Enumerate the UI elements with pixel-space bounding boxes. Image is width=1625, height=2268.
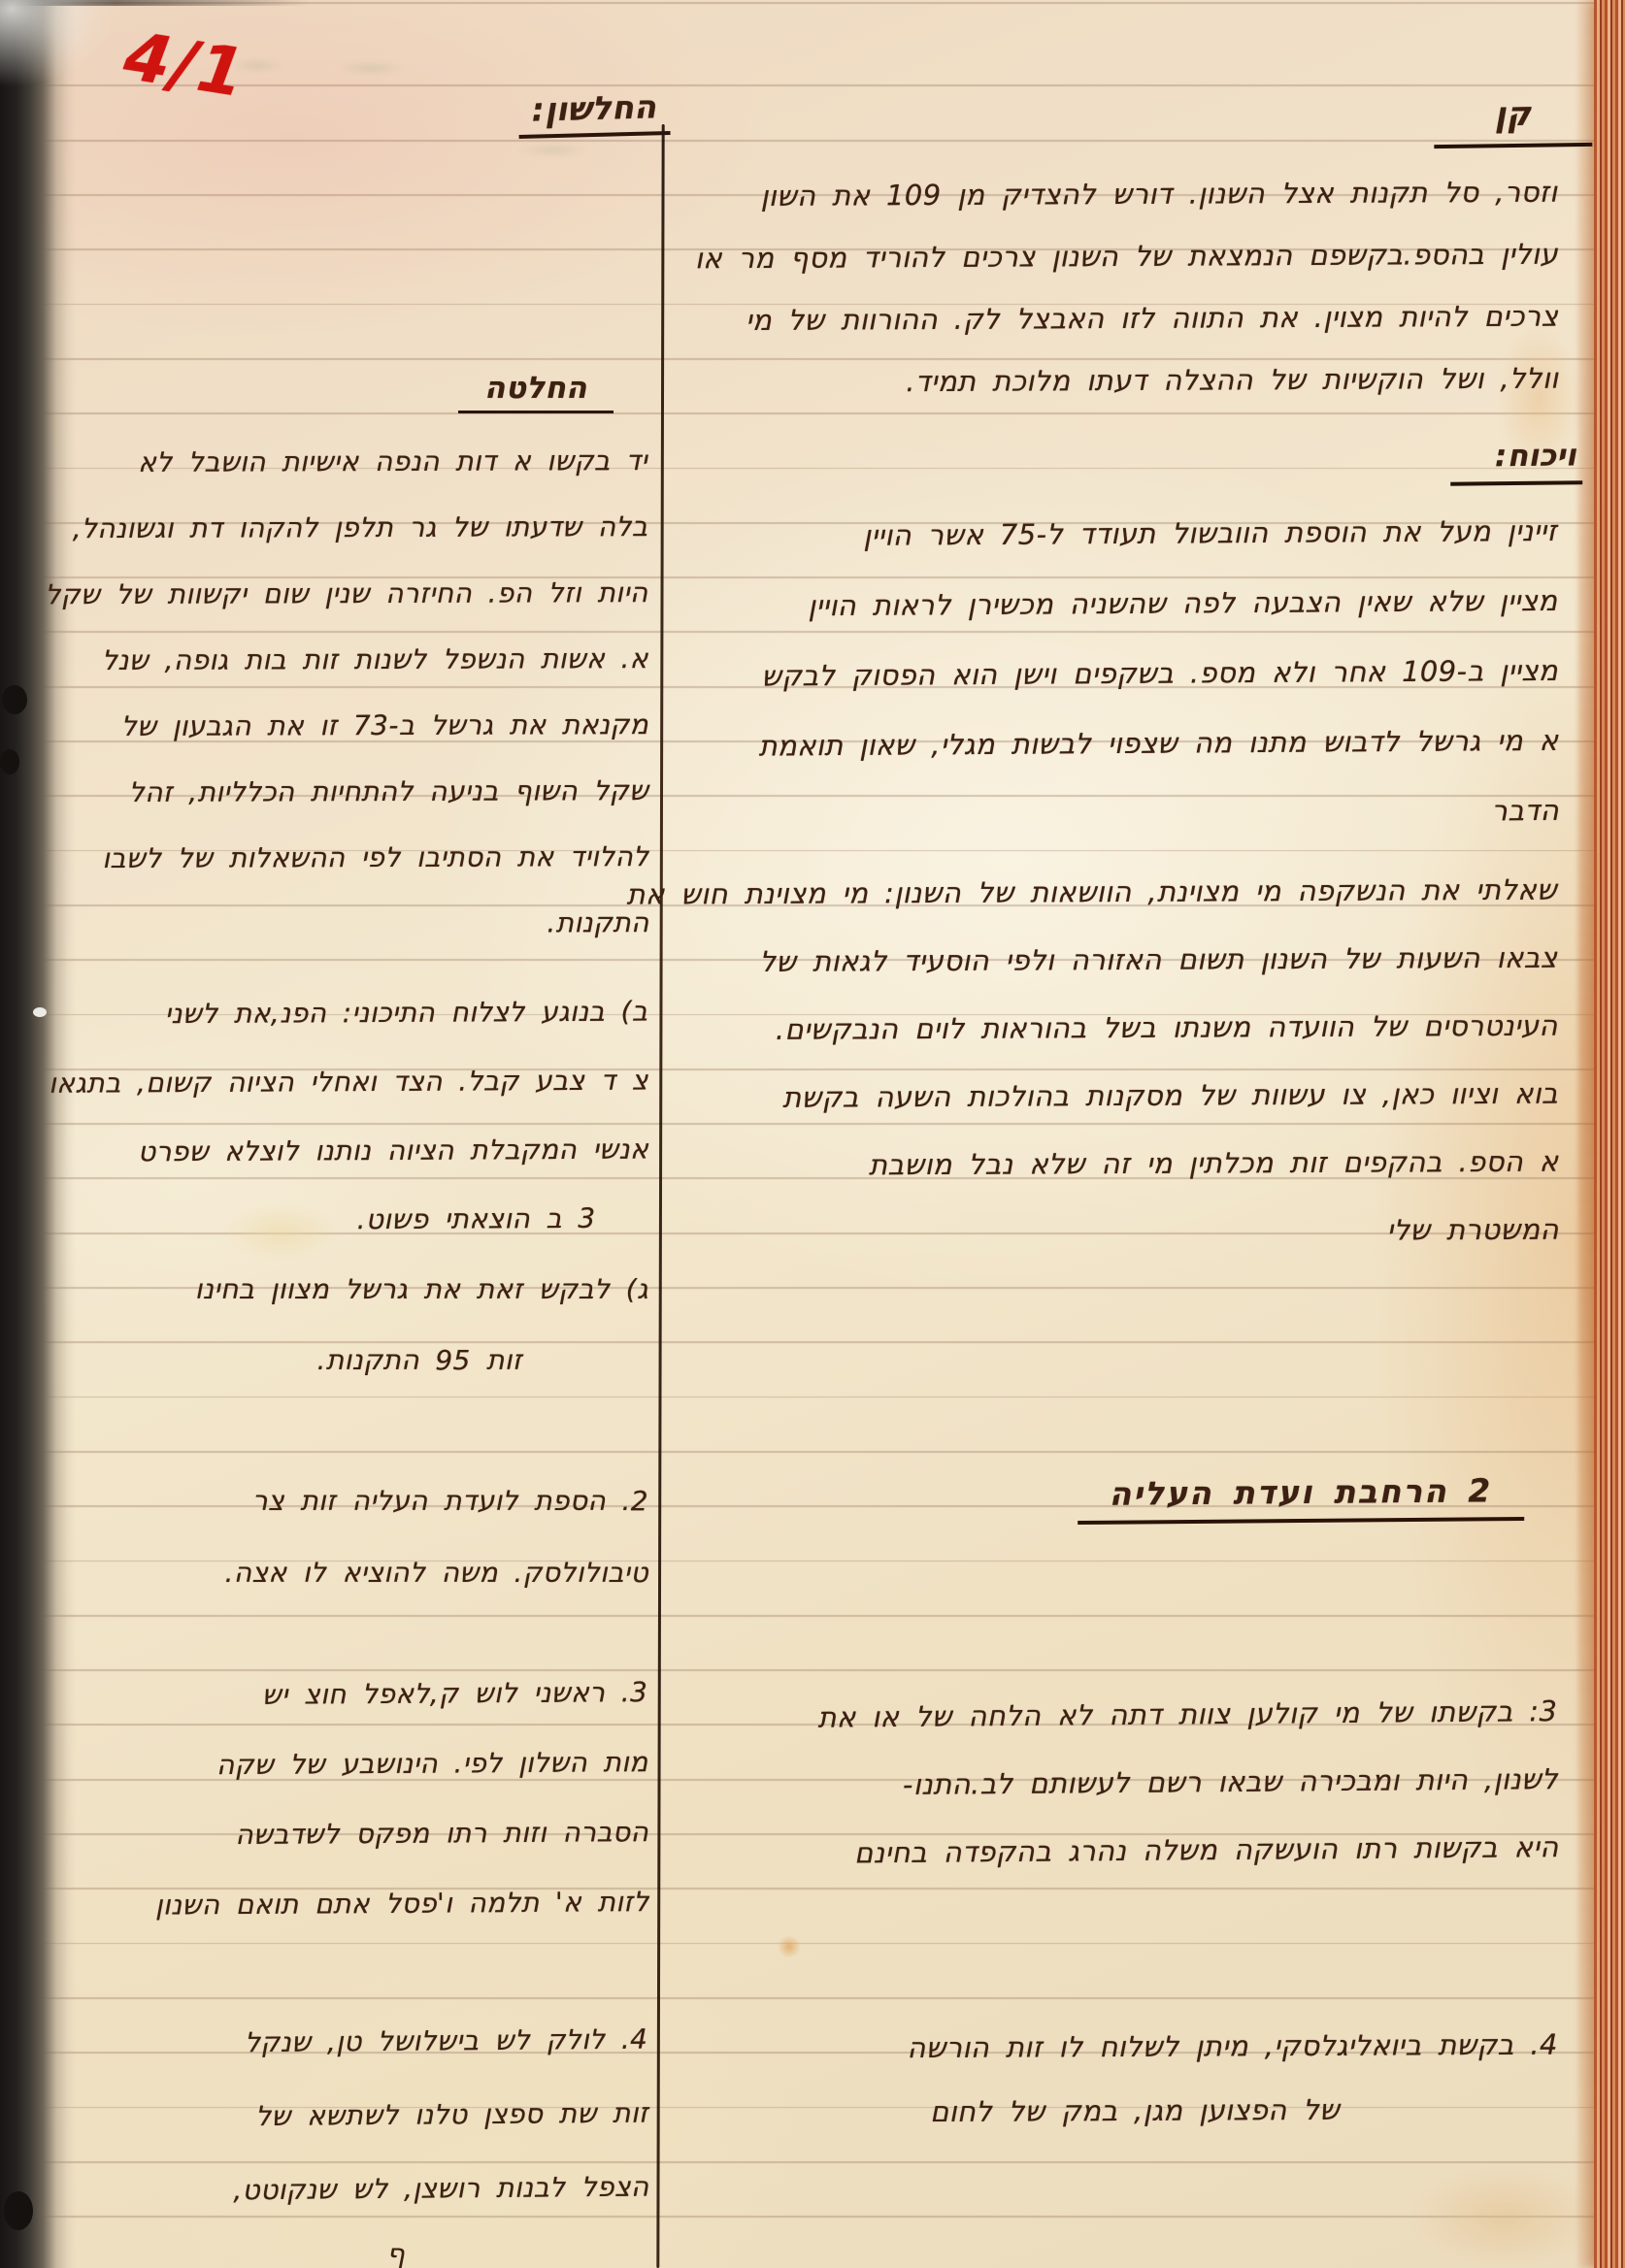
- decision-header: החלטה: [458, 371, 614, 413]
- handwritten-line: התקנות.: [110, 890, 649, 958]
- ink-blob: [0, 749, 19, 774]
- handwritten-line: יד בקשו א דות הנפה אישיות הושבל לא: [108, 428, 647, 496]
- handwritten-line: צרכים להיות מצוין. את התווה לזו האבצל לק…: [680, 285, 1558, 352]
- left-item-b: ב) בנוגע לצלוח התיכוני: הפנ,את לשניצ ד צ…: [108, 977, 648, 1256]
- handwritten-line: אנשי המקבלת הציוה נותנו לוצלא שפרט: [109, 1115, 648, 1187]
- handwritten-line: מקנאת את גרשל ב-73 זו את הגבעון של: [109, 692, 648, 760]
- red-folio-mark: 4/1: [119, 18, 251, 114]
- notebook-page: 4/1 החלשון: קן החלטה ויכוח: 2 הרחבת ועדת…: [0, 0, 1625, 2268]
- handwritten-line: מציין ב-109 אחר ולא מספ. בשקפים וישן הוא…: [680, 636, 1558, 711]
- section-2-header: 2 הרחבת ועדת העליה: [1078, 1471, 1524, 1525]
- handwritten-line: העינטרסים של הוועדה משנתו בשל בהוראות לו…: [680, 992, 1558, 1065]
- left-item-g: ג) לבקש זאת את גרשל מצוון בחינוזות 95 הת…: [109, 1254, 648, 1396]
- handwritten-line: 4. לולק לש בישלושל טן, שנקל: [108, 2003, 648, 2082]
- clipped-bottom-glyph: ף: [386, 2238, 405, 2268]
- handwritten-line: לשנון, היות ומבכירה שבאו רשם לעשותם לב.ה…: [680, 1745, 1559, 1821]
- handwritten-line: מות השלון לפי. הינושבע של שקה: [109, 1727, 648, 1801]
- handwritten-line: 4. בקשת ביואליגלסקי, מיתן לשלוח לו זות ה…: [680, 2013, 1558, 2082]
- handwritten-line: 3. ראשני לוש ק,לאפל חוצ יש: [108, 1658, 647, 1731]
- handwritten-line: זות 95 התקנות.: [109, 1325, 648, 1396]
- handwritten-line: המשטרת שלי: [680, 1196, 1559, 1268]
- paper-speck: [33, 1007, 47, 1017]
- handwritten-line: לזות א' תלמה ו'פסל אתם תואם השנון: [110, 1867, 649, 1941]
- handwritten-line: 3: בקשתו של מי קולען צוות דתה לא הלחה של…: [679, 1677, 1558, 1753]
- corner-word-kav: קן: [1434, 94, 1593, 148]
- handwritten-line: בוא וציוו כאן, צו עשוות של מסקנות בהולכו…: [680, 1060, 1558, 1133]
- handwritten-line: היות וזל הפ. החיזרה שנין שום יקשוות של ש…: [109, 560, 648, 628]
- handwritten-line: ג) לבקש זאת את גרשל מצוון בחינו: [109, 1254, 648, 1325]
- left-paragraph-1: יד בקשו א דות הנפה אישיות הושבל לאבלה שד…: [108, 428, 649, 958]
- handwritten-line: עולין בהספ.בקשפם הנמצאת של השנון צרכים ל…: [680, 223, 1558, 290]
- handwritten-line: צ ד צבע קבל. הצד ואחלי הציוה קשום, בתגאו: [109, 1046, 648, 1118]
- right-item-3: 3: בקשתו של מי קולען צוות דתה לא הלחה של…: [679, 1677, 1559, 1889]
- corner-highlight: [0, 0, 116, 87]
- handwritten-line: א הספ. בהקפים זות מכלתין מי זה שלא נבל מ…: [680, 1128, 1558, 1200]
- left-item-3: 3. ראשני לוש ק,לאפל חוצ ישמות השלון לפי.…: [108, 1658, 649, 1941]
- left-item-4: 4. לולק לש בישלושל טן, שנקלזות שת ספצן ט…: [108, 2003, 649, 2229]
- handwritten-line: טיבולולסק. משה להוציא לו אצה.: [109, 1537, 648, 1609]
- handwritten-line: שקל השוף בניעה להתחיות הכלליות, זהל: [109, 758, 648, 826]
- column-divider-line: [656, 124, 665, 2268]
- handwritten-line: ב) בנוגע לצלוח התיכוני: הפנ,את לשני: [108, 977, 647, 1049]
- handwritten-line: היא בקשות רתו הועשקה משלה נהרג בהקפדה בח…: [680, 1813, 1559, 1889]
- handwritten-line: שאלתי את הנשקפה מי מצוינת, הוושאות של הש…: [679, 856, 1557, 929]
- handwritten-line: 3 ב הוצאתי פשוט.: [109, 1184, 648, 1256]
- paper-stain: [777, 1936, 802, 1957]
- handwritten-line: בלה שדעתו של גר תלפן להקהו דת וגשונהל,: [108, 494, 647, 562]
- page-edge-smudge: [1578, 0, 1600, 2268]
- handwritten-line: וזסר, סל תקנות אצל השנון. דורש להצדיק מן…: [679, 161, 1557, 228]
- handwritten-line: להלויד את הסתיבו לפי ההשאלות של לשבו: [109, 824, 648, 892]
- handwritten-line: א. אשות הנשפל לשנות זות בות גופה, שנל: [109, 626, 648, 694]
- handwritten-line: צבאו השעות של השנון תשום האזורה ולפי הוס…: [679, 924, 1557, 997]
- paper-stain: [1408, 2164, 1602, 2268]
- book-binding-edge: [0, 0, 76, 2268]
- handwritten-line: הדבר: [680, 775, 1559, 851]
- handwritten-line: הצפל לבנות רושצן, לש שנקוטט,: [109, 2151, 649, 2229]
- ink-blob: [4, 2191, 33, 2230]
- handwritten-line: מציין שלא שאין הצבעה לפה שהשניה מכשירן ל…: [679, 566, 1557, 641]
- left-item-2: 2. הספת לועדת העליה זות צרטיבולולסק. משה…: [109, 1465, 648, 1609]
- handwritten-line: של הפצוען מגן, במק של לחום: [680, 2077, 1558, 2146]
- right-paragraph-2: זיינין מעל את הוספת הוובשול תעודד ל-75 א…: [679, 496, 1559, 851]
- ink-blob: [2, 685, 27, 714]
- right-paragraph-1: וזסר, סל תקנות אצל השנון. דורש להצדיק מן…: [679, 161, 1558, 414]
- right-paragraph-3: שאלתי את הנשקפה מי מצוינת, הוושאות של הש…: [679, 856, 1559, 1268]
- handwritten-line: זיינין מעל את הוספת הוובשול תעודד ל-75 א…: [679, 496, 1557, 572]
- discussion-header: ויכוח:: [1450, 438, 1583, 485]
- ink-bleed-through: [146, 124, 437, 192]
- handwritten-line: הסברה וזות רתו מפקס לשדבשה: [109, 1797, 648, 1871]
- handwritten-line: א מי גרשל לדבוש מתנו מה שצפוי לבשות מגלי…: [680, 706, 1558, 781]
- handwritten-line: זות שת ספצן טלנו לשתשא של: [109, 2077, 649, 2155]
- right-item-4: 4. בקשת ביואליגלסקי, מיתן לשלוח לו זות ה…: [680, 2013, 1559, 2146]
- handwritten-line: וולל, ושל הוקשיות של ההצלה דעתו מלוכת תמ…: [680, 347, 1558, 414]
- handwritten-line: 2. הספת לועדת העליה זות צר: [109, 1465, 648, 1537]
- column-header-mishpat: החלשון:: [517, 87, 670, 139]
